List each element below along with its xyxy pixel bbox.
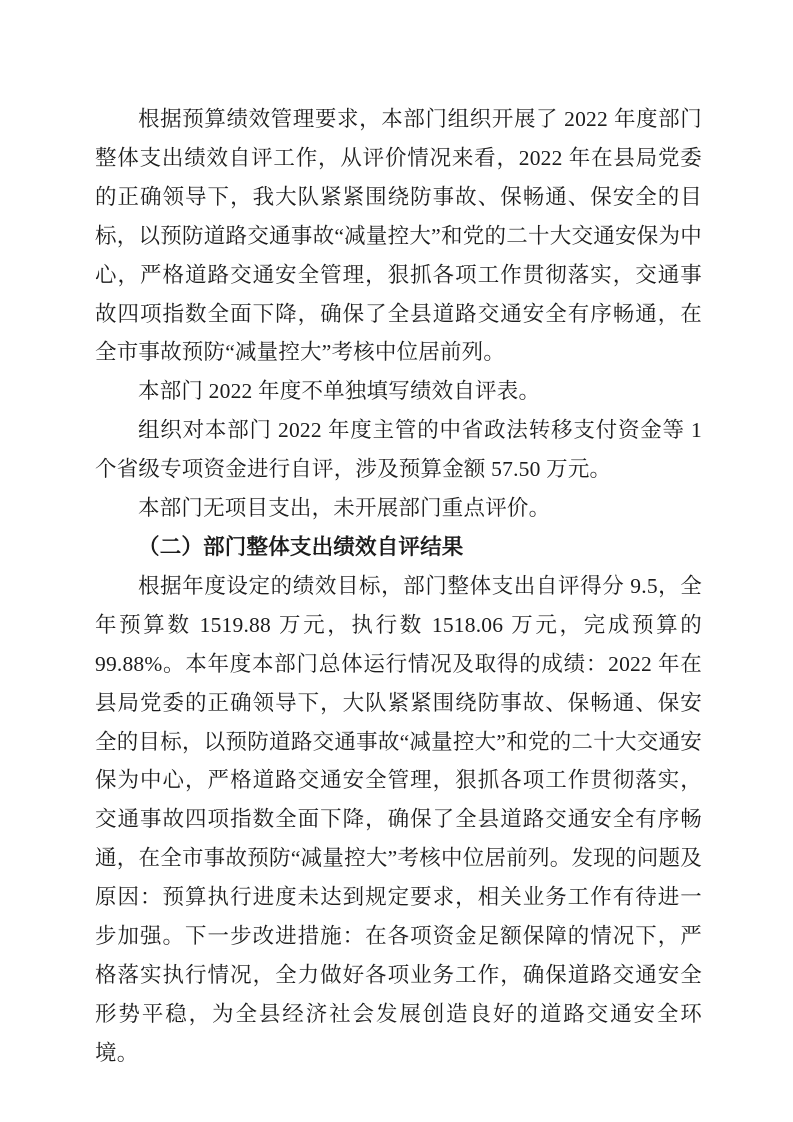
paragraph-budget-self-eval-intro: 根据预算绩效管理要求，本部门组织开展了 2022 年度部门整体支出绩效自评工作，… <box>95 100 702 372</box>
paragraph-special-fund-self-eval: 组织对本部门 2022 年度主管的中省政法转移支付资金等 1 个省级专项资金进行… <box>95 411 702 489</box>
document-text-block: 根据预算绩效管理要求，本部门组织开展了 2022 年度部门整体支出绩效自评工作，… <box>95 100 702 1073</box>
paragraph-overall-expenditure-self-eval-result: 根据年度设定的绩效目标，部门整体支出自评得分 9.5，全年预算数 1519.88… <box>95 567 702 1073</box>
section-heading-overall-expenditure-result: （二）部门整体支出绩效自评结果 <box>95 528 702 567</box>
paragraph-no-separate-self-eval-form: 本部门 2022 年度不单独填写绩效自评表。 <box>95 372 702 411</box>
paragraph-no-project-expenditure: 本部门无项目支出，未开展部门重点评价。 <box>95 489 702 528</box>
document-page: 根据预算绩效管理要求，本部门组织开展了 2022 年度部门整体支出绩效自评工作，… <box>0 0 793 1122</box>
